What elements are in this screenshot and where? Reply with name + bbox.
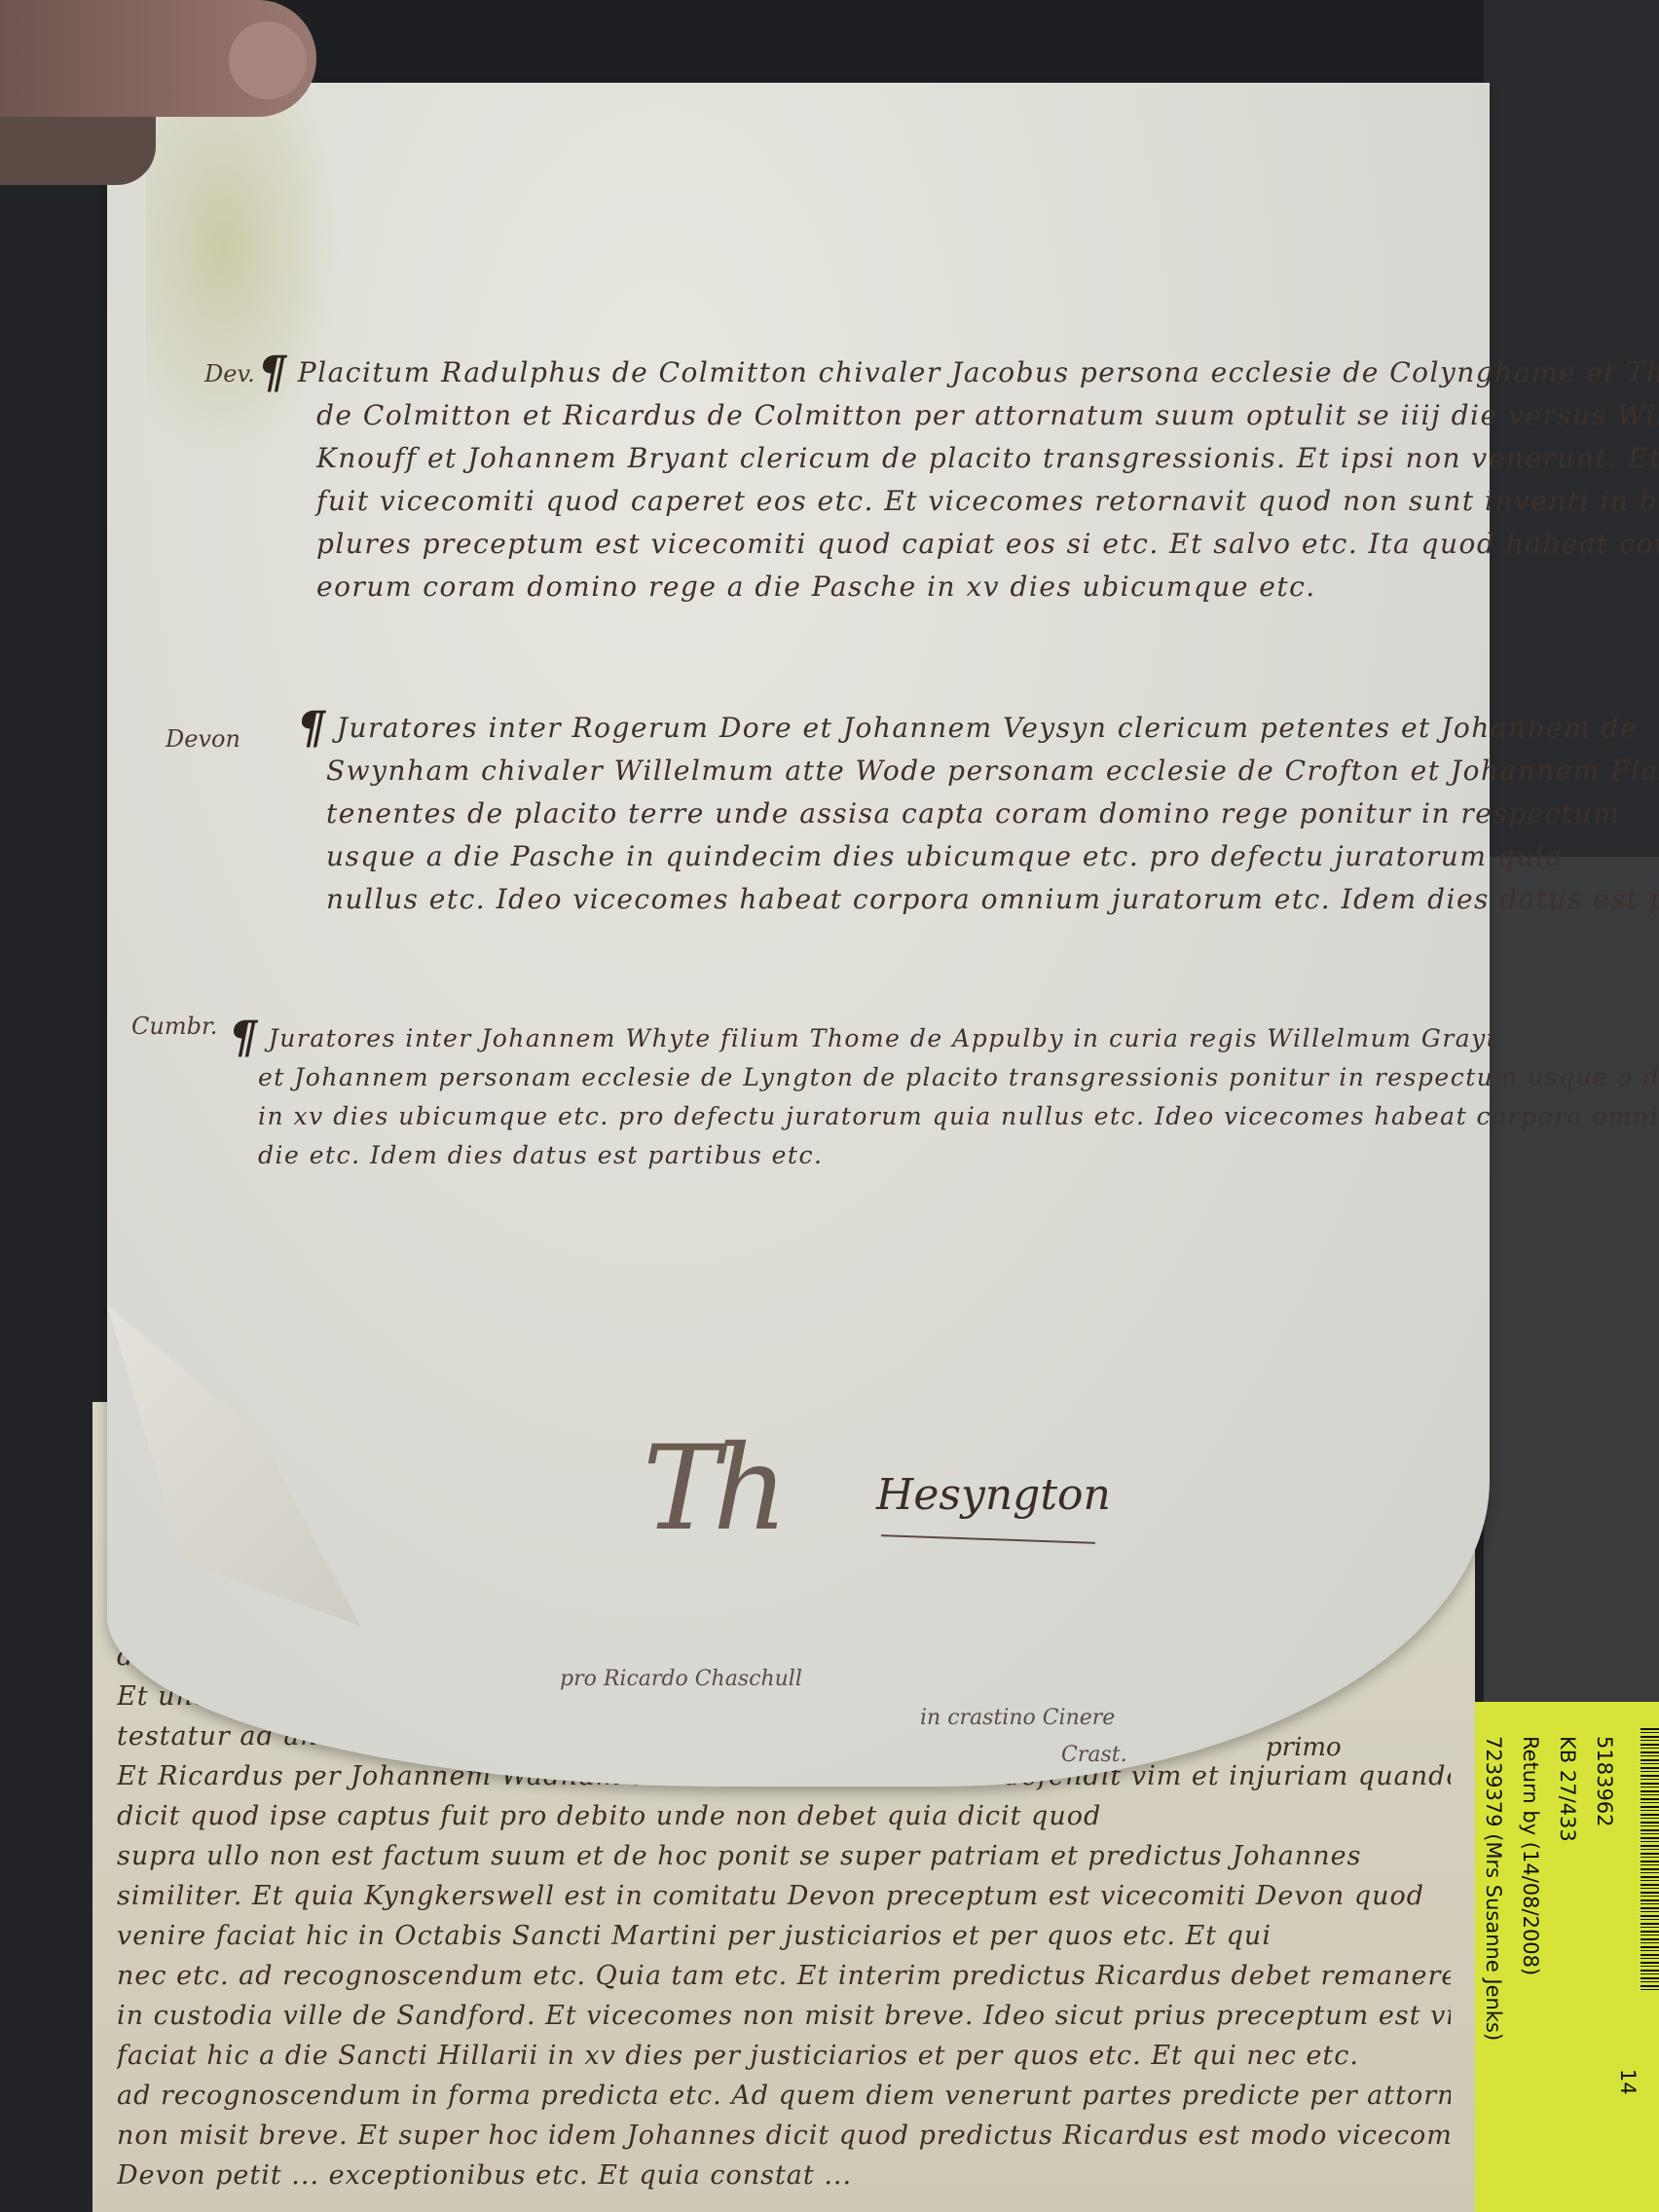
text-line: Knouff et Johannem Bryant clericum de pl… xyxy=(258,437,1659,480)
text-line: similiter. Et quia Kyngkerswell est in c… xyxy=(117,1876,1451,1916)
barcode xyxy=(1641,1728,1659,1991)
paragraph-3: ¶Juratores inter Johannem Whyte filium T… xyxy=(229,1017,1659,1175)
text-line: plures preceptum est vicecomiti quod cap… xyxy=(258,523,1659,566)
text-line: nullus etc. Ideo vicecomes habeat corpor… xyxy=(297,878,1659,921)
text-line: eorum coram domino rege a die Pasche in … xyxy=(258,566,1659,608)
text-line: in custodia ville de Sandford. Et viceco… xyxy=(117,1996,1451,2036)
signature-name: Hesyngton xyxy=(876,1470,1111,1520)
text-line: ¶Juratores inter Rogerum Dore et Johanne… xyxy=(297,706,1659,750)
text-line: ad recognoscendum in forma predicta etc.… xyxy=(117,2076,1451,2116)
annotation: pro Ricardo Chaschull xyxy=(560,1667,802,1691)
text-line: et Johannem personam ecclesie de Lyngton… xyxy=(229,1058,1659,1097)
annotation: Crast. xyxy=(1061,1743,1127,1767)
annotation: in crastino Cinere xyxy=(920,1706,1115,1730)
grey-background-right xyxy=(1484,857,1659,1733)
label-barcode-number: 5183962 xyxy=(1593,1736,1616,1827)
label-reference: KB 27/433 xyxy=(1556,1736,1579,1842)
fingernail xyxy=(229,21,307,99)
text-line: supra ullo non est factum suum et de hoc… xyxy=(117,1836,1451,1876)
text-line: die etc. Idem dies datus est partibus et… xyxy=(229,1136,1659,1175)
margin-note: Cumbr. xyxy=(131,1013,217,1040)
signature-monogram: Th xyxy=(643,1421,780,1557)
text-line: ¶Placitum Radulphus de Colmitton chivale… xyxy=(258,350,1659,394)
paragraph-mark-icon: ¶ xyxy=(229,1011,259,1063)
paragraph-2: ¶Juratores inter Rogerum Dore et Johanne… xyxy=(297,706,1659,921)
annotation: primo xyxy=(1266,1733,1342,1762)
paragraph-mark-icon: ¶ xyxy=(297,701,327,754)
text-line: tenentes de placito terre unde assisa ca… xyxy=(297,793,1659,835)
text-line: Swynham chivaler Willelmum atte Wode per… xyxy=(297,750,1659,793)
label-reader: 7239379 (Mrs Susanne Jenks) xyxy=(1482,1736,1505,2041)
paragraph-mark-icon: ¶ xyxy=(258,346,288,398)
margin-note: Dev. xyxy=(204,360,255,387)
margin-note: Devon xyxy=(166,725,240,753)
label-return-by: Return by (14/08/2008) xyxy=(1519,1736,1542,1975)
text-line: Devon petit ... exceptionibus etc. Et qu… xyxy=(117,2156,1451,2195)
text-line: faciat hic a die Sancti Hillarii in xv d… xyxy=(117,2036,1451,2076)
paragraph-1: ¶Placitum Radulphus de Colmitton chivale… xyxy=(258,350,1659,608)
text-line: ¶Juratores inter Johannem Whyte filium T… xyxy=(229,1017,1659,1058)
text-line: usque a die Pasche in quindecim dies ubi… xyxy=(297,835,1659,878)
text-line: fuit vicecomiti quod caperet eos etc. Et… xyxy=(258,480,1659,523)
text-line: dicit quod ipse captus fuit pro debito u… xyxy=(117,1796,1451,1836)
text-line: de Colmitton et Ricardus de Colmitton pe… xyxy=(258,394,1659,437)
text-line: nec etc. ad recognoscendum etc. Quia tam… xyxy=(117,1956,1451,1996)
text-line: in xv dies ubicumque etc. pro defectu ju… xyxy=(229,1097,1659,1136)
text-line: venire faciat hic in Octabis Sancti Mart… xyxy=(117,1916,1451,1956)
text-line: non misit breve. Et super hoc idem Johan… xyxy=(117,2116,1451,2156)
label-number: 14 xyxy=(1616,2069,1640,2095)
